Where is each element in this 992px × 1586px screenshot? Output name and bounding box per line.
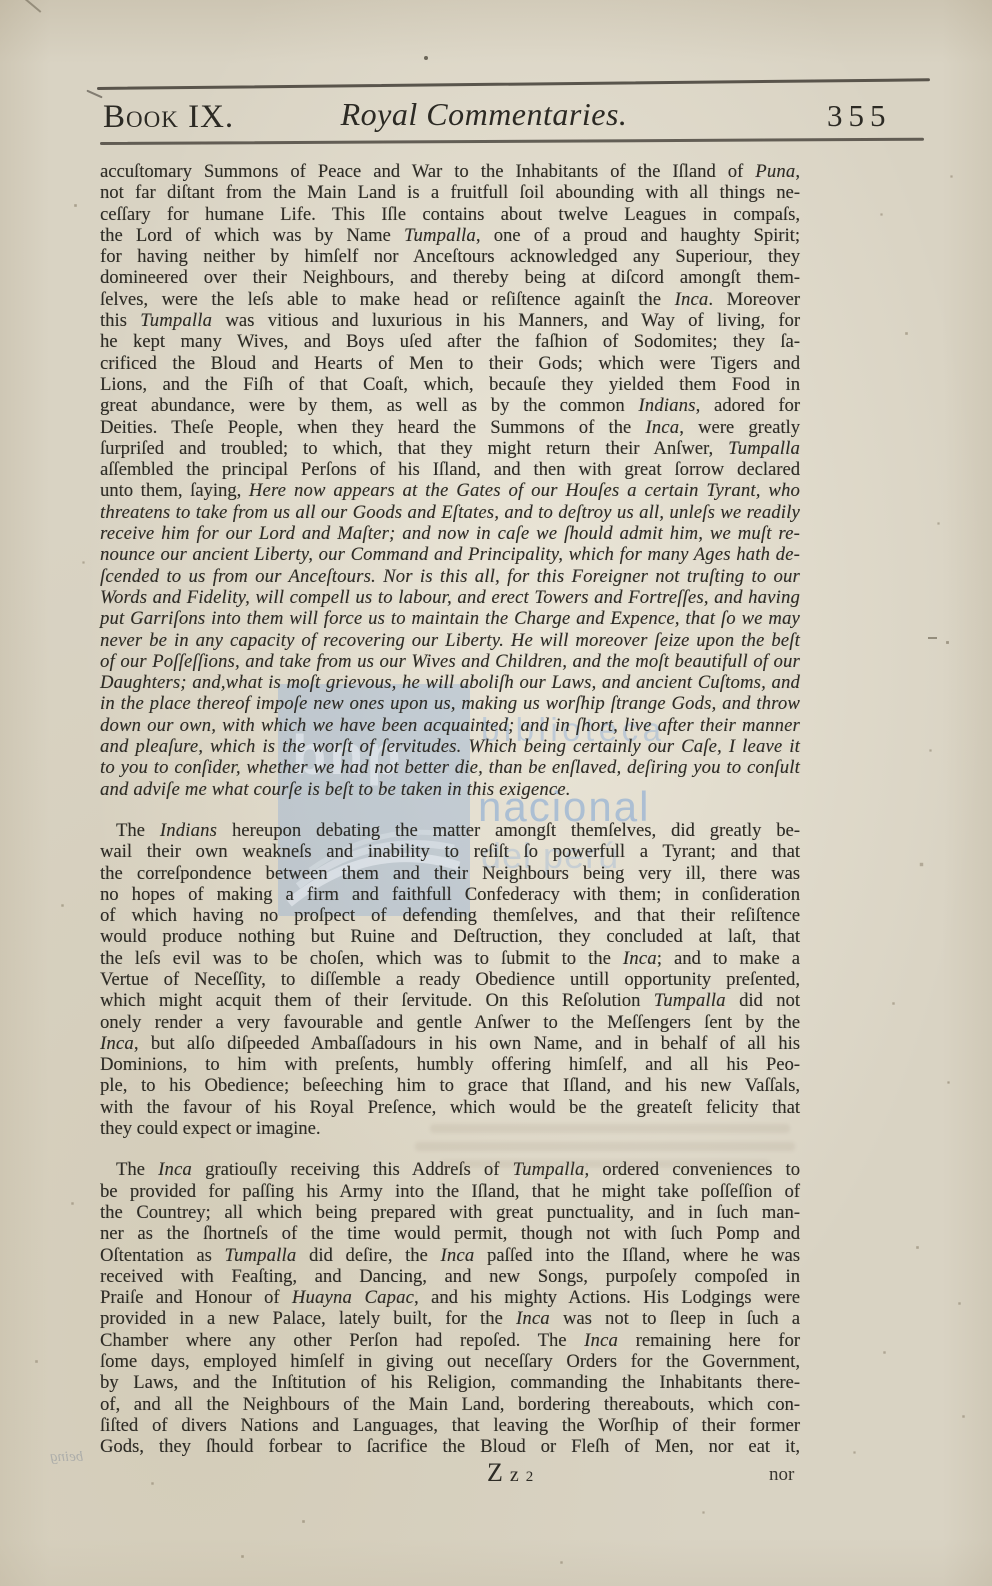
italic-text-segment: Indians	[160, 820, 217, 841]
text-segment: was not to ſleep in ſuch a	[550, 1308, 800, 1329]
text-segment: The	[116, 820, 160, 841]
text-line: Daughters; and,what is moſt grievous, he…	[100, 672, 800, 693]
text-line: would produce nothing but Ruine and Deſt…	[100, 926, 800, 947]
text-segment: ſurpriſed and troubled; to which, that t…	[100, 438, 728, 459]
text-segment: this	[100, 310, 140, 331]
text-segment: Vertue of Neceſſity, to diſſemble a read…	[100, 969, 800, 990]
text-segment: , but alſo diſpeeded Ambaſſadours in his…	[134, 1033, 800, 1054]
showthrough-streak	[430, 1124, 790, 1133]
text-line: Oſtentation as Tumpalla did deſire, the …	[100, 1245, 800, 1266]
text-line: in the place thereof impoſe new ones upo…	[100, 693, 800, 714]
italic-text-segment: Inca	[516, 1308, 550, 1329]
text-line: and pleaſure, which is the worſt of ſerv…	[100, 736, 800, 757]
text-segment: Deities. Theſe People, when they heard t…	[100, 417, 645, 438]
text-segment: remaining here for	[618, 1330, 800, 1351]
text-line: accuſtomary Summons of Peace and War to …	[100, 161, 800, 182]
text-segment: would produce nothing but Ruine and Deſt…	[100, 926, 800, 947]
text-line: receive him for our Lord and Maſter; and…	[100, 523, 800, 544]
signature-part: Z	[487, 1458, 503, 1487]
text-segment: ſome days, employed himſelf in giving ou…	[100, 1351, 800, 1372]
text-line: ſcended to us from our Anceſtours. Nor i…	[100, 566, 800, 587]
italic-text-segment: Tumpalla	[728, 438, 800, 459]
text-line: put Garriſons into them will force us to…	[100, 608, 800, 629]
text-line: provided in a new Palace, lately built, …	[100, 1308, 800, 1329]
text-line: the correſpondence between them and thei…	[100, 863, 800, 884]
text-line: threatens to take from us all our Goods …	[100, 502, 800, 523]
signature-mark: Zz2	[487, 1458, 533, 1488]
text-segment: Chamber where any other Perſon had repoſ…	[100, 1330, 584, 1351]
text-line: Inca, but alſo diſpeeded Ambaſſadours in…	[100, 1033, 800, 1054]
text-segment: ſelves, were the leſs able to make head …	[100, 289, 675, 310]
text-line: ſiſted of divers Nations and Languages, …	[100, 1415, 800, 1436]
signature-part: z	[510, 1464, 519, 1486]
text-segment: was vitious and luxurious in his Manners…	[212, 310, 800, 331]
italic-text-segment: put Garriſons into them will force us to…	[100, 608, 800, 629]
text-line: nounce our ancient Liberty, our Command …	[100, 544, 800, 565]
text-segment: the correſpondence between them and thei…	[100, 863, 800, 884]
text-segment: wail their own weakneſs and inability to…	[100, 841, 800, 862]
text-line: Praiſe and Honour of Huayna Capac, and h…	[100, 1287, 800, 1308]
text-line: not far diſtant from the Main Land is a …	[100, 182, 800, 203]
text-line: and adviſe me what courſe is beſt to be …	[100, 779, 800, 800]
text-segment: aſſembled the principal Perſons of his I…	[100, 459, 800, 480]
showthrough-mirrored-text: being	[50, 1449, 83, 1466]
text-line: Words and Fidelity, will compell us to l…	[100, 587, 800, 608]
text-line: of our Poſſeſſions, and take from us our…	[100, 651, 800, 672]
text-segment: ple, to his Obedience; beſeeching him to…	[100, 1075, 800, 1096]
italic-text-segment: Inca	[584, 1330, 618, 1351]
text-segment: of, and all the Neighbours of the Main L…	[100, 1394, 800, 1415]
text-line: be provided for paſſing his Army into th…	[100, 1181, 800, 1202]
text-line: the leſs evil was to be choſen, which wa…	[100, 948, 800, 969]
italic-text-segment: Inca	[675, 289, 709, 310]
text-segment: did not	[726, 990, 800, 1011]
text-line: ple, to his Obedience; beſeeching him to…	[100, 1075, 800, 1096]
text-line: domineered over their Neighbours, and th…	[100, 267, 800, 288]
text-line: crificed the Bloud and Hearts of Men to …	[100, 353, 800, 374]
header-rule	[100, 138, 924, 145]
margin-dash-mark	[928, 637, 937, 639]
paper-specks	[0, 0, 1, 1]
text-line: Vertue of Neceſſity, to diſſemble a read…	[100, 969, 800, 990]
text-line: with the favour of his Royal Preſence, w…	[100, 1097, 800, 1118]
italic-text-segment: in the place thereof impoſe new ones upo…	[100, 693, 800, 714]
italic-text-segment: Huayna Capac	[292, 1287, 414, 1308]
text-line: Lions, and the Fiſh of that Coaſt, which…	[100, 374, 800, 395]
italic-text-segment: Tumpalla	[224, 1245, 296, 1266]
text-line: Dominions, to him with preſents, humbly …	[100, 1054, 800, 1075]
text-segment: accuſtomary Summons of Peace and War to …	[100, 161, 755, 182]
text-segment: the Countrey; all which being prepared w…	[100, 1202, 800, 1223]
signature-part: 2	[526, 1469, 534, 1485]
text-segment: unto them, ſaying,	[100, 480, 249, 501]
ink-dot	[424, 56, 428, 60]
italic-text-segment: Inca	[158, 1159, 192, 1180]
text-line: aſſembled the principal Perſons of his I…	[100, 459, 800, 480]
italic-text-segment: Words and Fidelity, will compell us to l…	[100, 587, 800, 608]
text-segment: ,	[795, 161, 800, 182]
italic-text-segment: and pleaſure, which is the worſt of ſerv…	[100, 736, 800, 757]
scan-scratch-mark	[19, 0, 42, 13]
italic-text-segment: ſcended to us from our Anceſtours. Nor i…	[100, 566, 800, 587]
italic-text-segment: threatens to take from us all our Goods …	[100, 502, 800, 523]
text-line: the Countrey; all which being prepared w…	[100, 1202, 800, 1223]
text-line: Chamber where any other Perſon had repoſ…	[100, 1330, 800, 1351]
italic-text-segment: nounce our ancient Liberty, our Command …	[100, 544, 800, 565]
text-line: ſurpriſed and troubled; to which, that t…	[100, 438, 800, 459]
text-segment: Lions, and the Fiſh of that Coaſt, which…	[100, 374, 800, 395]
text-segment: the Lord of which was by Name	[100, 225, 404, 246]
italic-text-segment: Puna	[755, 161, 795, 182]
text-segment: , were greatly	[679, 417, 800, 438]
text-segment: onely render a very favourable and gentl…	[100, 1012, 800, 1033]
text-line: he kept many Wives, and Boys uſed after …	[100, 331, 800, 352]
italic-text-segment: of our Poſſeſſions, and take from us our…	[100, 651, 800, 672]
text-line: ceſſary for humane Life. This Iſle conta…	[100, 204, 800, 225]
text-segment: hereupon debating the matter amongſt the…	[217, 820, 800, 841]
paragraph: The Inca gratiouſly receiving this Addre…	[100, 1159, 800, 1457]
italic-text-segment: and adviſe me what courſe is beſt to be …	[100, 779, 571, 800]
text-segment: the leſs evil was to be choſen, which wa…	[100, 948, 623, 969]
text-segment: Praiſe and Honour of	[100, 1287, 292, 1308]
text-segment: The	[116, 1159, 158, 1180]
text-segment: he kept many Wives, and Boys uſed after …	[100, 331, 800, 352]
top-rule	[97, 78, 930, 90]
text-line: Deities. Theſe People, when they heard t…	[100, 417, 800, 438]
italic-text-segment: to you to conſider, whether we had not b…	[100, 757, 800, 778]
text-segment: ſiſted of divers Nations and Languages, …	[100, 1415, 800, 1436]
text-line: The Indians hereupon debating the matter…	[100, 820, 800, 841]
text-line: onely render a very favourable and gentl…	[100, 1012, 800, 1033]
italic-text-segment: Tumpalla	[404, 225, 476, 246]
page-number: 355	[827, 98, 892, 134]
body-text: accuſtomary Summons of Peace and War to …	[100, 161, 800, 1458]
text-line: Gods, they ſhould forbear to ſacrifice t…	[100, 1436, 800, 1457]
text-line: never be in any capacity of recovering o…	[100, 630, 800, 651]
text-segment: with the favour of his Royal Preſence, w…	[100, 1097, 800, 1118]
text-segment: paſſed into the Iſland, where he was	[474, 1245, 800, 1266]
text-segment: , adored for	[696, 395, 800, 416]
text-line: unto them, ſaying, Here now appears at t…	[100, 480, 800, 501]
text-segment: did deſire, the	[296, 1245, 440, 1266]
text-segment: , and his mighty Actions. His Lodgings w…	[414, 1287, 800, 1308]
italic-text-segment: Tumpalla	[654, 990, 726, 1011]
text-segment: be provided for paſſing his Army into th…	[100, 1181, 800, 1202]
text-line: for having neither by himſelf nor Anceſt…	[100, 246, 800, 267]
text-segment: not far diſtant from the Main Land is a …	[100, 182, 800, 203]
text-segment: they could expect or imagine.	[100, 1118, 320, 1139]
italic-text-segment: Tumpalla	[140, 310, 212, 331]
text-line: ner as the ſhortneſs of the time would p…	[100, 1223, 800, 1244]
text-segment: , one of a proud and haughty Spirit;	[476, 225, 800, 246]
showthrough-streak	[440, 1160, 770, 1168]
text-segment: Dominions, to him with preſents, humbly …	[100, 1054, 800, 1075]
italic-text-segment: receive him for our Lord and Maſter; and…	[100, 523, 800, 544]
text-line: by Laws, and the Inſtitution of his Reli…	[100, 1372, 800, 1393]
text-line: which might acquit them of their ſervitu…	[100, 990, 800, 1011]
text-line: ſome days, employed himſelf in giving ou…	[100, 1351, 800, 1372]
text-line: this Tumpalla was vitious and luxurious …	[100, 310, 800, 331]
italic-text-segment: Inca	[623, 948, 657, 969]
text-segment: ; and to make a	[657, 948, 800, 969]
italic-text-segment: never be in any capacity of recovering o…	[100, 630, 800, 651]
italic-text-segment: Inca	[645, 417, 679, 438]
text-segment: received with Feaſting, and Dancing, and…	[100, 1266, 800, 1287]
text-segment: great abundance, were by them, as well a…	[100, 395, 638, 416]
text-line: wail their own weakneſs and inability to…	[100, 841, 800, 862]
text-line: no hopes of making a firm and faithfull …	[100, 884, 800, 905]
text-line: ſelves, were the leſs able to make head …	[100, 289, 800, 310]
paragraph: The Indians hereupon debating the matter…	[100, 820, 800, 1139]
text-segment: Oſtentation as	[100, 1245, 224, 1266]
text-segment: Gods, they ſhould forbear to ſacrifice t…	[100, 1436, 800, 1457]
text-segment: provided in a new Palace, lately built, …	[100, 1308, 516, 1329]
text-segment: . Moreover	[708, 289, 800, 310]
text-segment: for having neither by himſelf nor Anceſt…	[100, 246, 800, 267]
catchword: nor	[769, 1464, 794, 1486]
text-segment: no hopes of making a firm and faithfull …	[100, 884, 800, 905]
text-segment: by Laws, and the Inſtitution of his Reli…	[100, 1372, 800, 1393]
text-line: great abundance, were by them, as well a…	[100, 395, 800, 416]
text-segment: ceſſary for humane Life. This Iſle conta…	[100, 204, 800, 225]
text-line: of which having no proſpect of defending…	[100, 905, 800, 926]
showthrough-streak	[415, 1142, 795, 1151]
text-segment: ner as the ſhortneſs of the time would p…	[100, 1223, 800, 1244]
italic-text-segment: Here now appears at the Gates of our Hou…	[249, 480, 800, 501]
text-segment: domineered over their Neighbours, and th…	[100, 267, 800, 288]
text-segment: crificed the Bloud and Hearts of Men to …	[100, 353, 800, 374]
text-segment: of which having no proſpect of defending…	[100, 905, 800, 926]
text-line: of, and all the Neighbours of the Main L…	[100, 1394, 800, 1415]
book-page-scan: bnp biblioteca nacional del perú Book IX…	[0, 0, 992, 1586]
italic-text-segment: down our own, with which we have been ac…	[100, 715, 800, 736]
text-line: received with Feaſting, and Dancing, and…	[100, 1266, 800, 1287]
italic-text-segment: Daughters; and,what is moſt grievous, he…	[100, 672, 800, 693]
text-line: down our own, with which we have been ac…	[100, 715, 800, 736]
italic-text-segment: Indians	[638, 395, 695, 416]
italic-text-segment: Inca	[440, 1245, 474, 1266]
italic-text-segment: Inca	[100, 1033, 134, 1054]
paragraph: accuſtomary Summons of Peace and War to …	[100, 161, 800, 800]
text-segment: which might acquit them of their ſervitu…	[100, 990, 654, 1011]
text-line: the Lord of which was by Name Tumpalla, …	[100, 225, 800, 246]
text-line: to you to conſider, whether we had not b…	[100, 757, 800, 778]
